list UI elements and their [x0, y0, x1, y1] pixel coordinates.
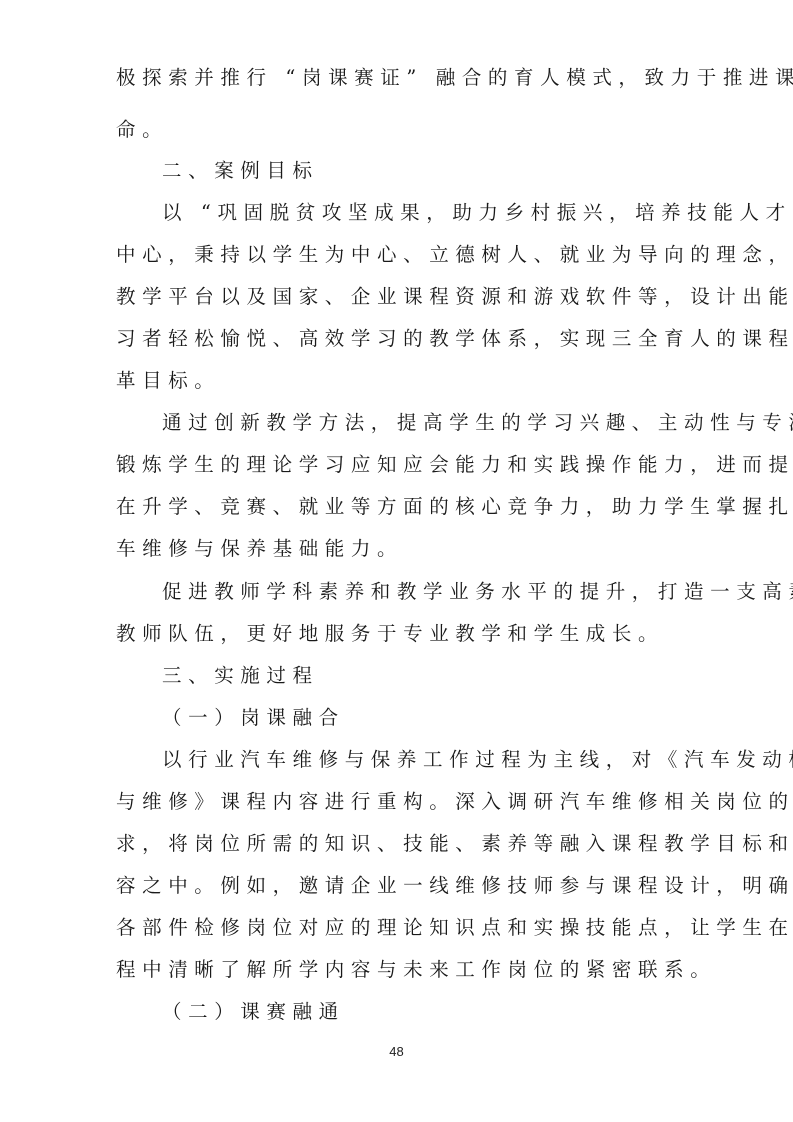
paragraph-line: 通过创新教学方法，提高学生的学习兴趣、主动性与专注度，	[162, 411, 793, 435]
paragraph-line: 容之中。例如，邀请企业一线维修技师参与课程设计，明确发动机	[116, 874, 793, 898]
paragraph-line: 习者轻松愉悦、高效学习的教学体系，实现三全育人的课程综合改	[116, 327, 793, 351]
document-page: 极探索并推行 “岗课赛证” 融合的育人模式，致力于推进课堂革 命。 二、案例目标…	[0, 0, 793, 1122]
paragraph-line: 促进教师学科素养和教学业务水平的提升，打造一支高素质的	[162, 580, 793, 604]
paragraph-line: 革目标。	[116, 369, 220, 393]
paragraph-line: 与维修》课程内容进行重构。深入调研汽车维修相关岗位的实际需	[116, 790, 793, 814]
paragraph-line: 各部件检修岗位对应的理论知识点和实操技能点，让学生在学习过	[116, 916, 793, 940]
subsection-heading-job-course-integration: （一）岗课融合	[162, 706, 345, 730]
paragraph-line: 在升学、竞赛、就业等方面的核心竞争力，助力学生掌握扎实的汽	[116, 495, 793, 519]
section-heading-implementation: 三、实施过程	[162, 664, 319, 688]
paragraph-line: 求，将岗位所需的知识、技能、素养等融入课程教学目标和教学内	[116, 832, 793, 856]
paragraph-line: 以行业汽车维修与保养工作过程为主线，对《汽车发动机构造	[162, 748, 793, 772]
paragraph-line: 车维修与保养基础能力。	[116, 537, 403, 561]
paragraph-line: 命。	[116, 118, 168, 142]
paragraph-line: 教学平台以及国家、企业课程资源和游戏软件等，设计出能够让学	[116, 285, 793, 309]
paragraph-line: 锻炼学生的理论学习应知应会能力和实践操作能力，进而提升学生	[116, 453, 793, 477]
paragraph-line: 程中清晰了解所学内容与未来工作岗位的紧密联系。	[116, 958, 716, 982]
paragraph-line: 教师队伍，更好地服务于专业教学和学生成长。	[116, 622, 664, 646]
page-number: 48	[0, 1044, 793, 1059]
subsection-heading-course-competition: （二）课赛融通	[162, 1000, 345, 1024]
paragraph-line: 极探索并推行 “岗课赛证” 融合的育人模式，致力于推进课堂革	[116, 66, 793, 90]
paragraph-line: 中心，秉持以学生为中心、立德树人、就业为导向的理念，借助云	[116, 243, 793, 267]
section-heading-case-goals: 二、案例目标	[162, 159, 319, 183]
paragraph-line: 以 “巩固脱贫攻坚成果，助力乡村振兴，培养技能人才” 为	[162, 201, 793, 225]
